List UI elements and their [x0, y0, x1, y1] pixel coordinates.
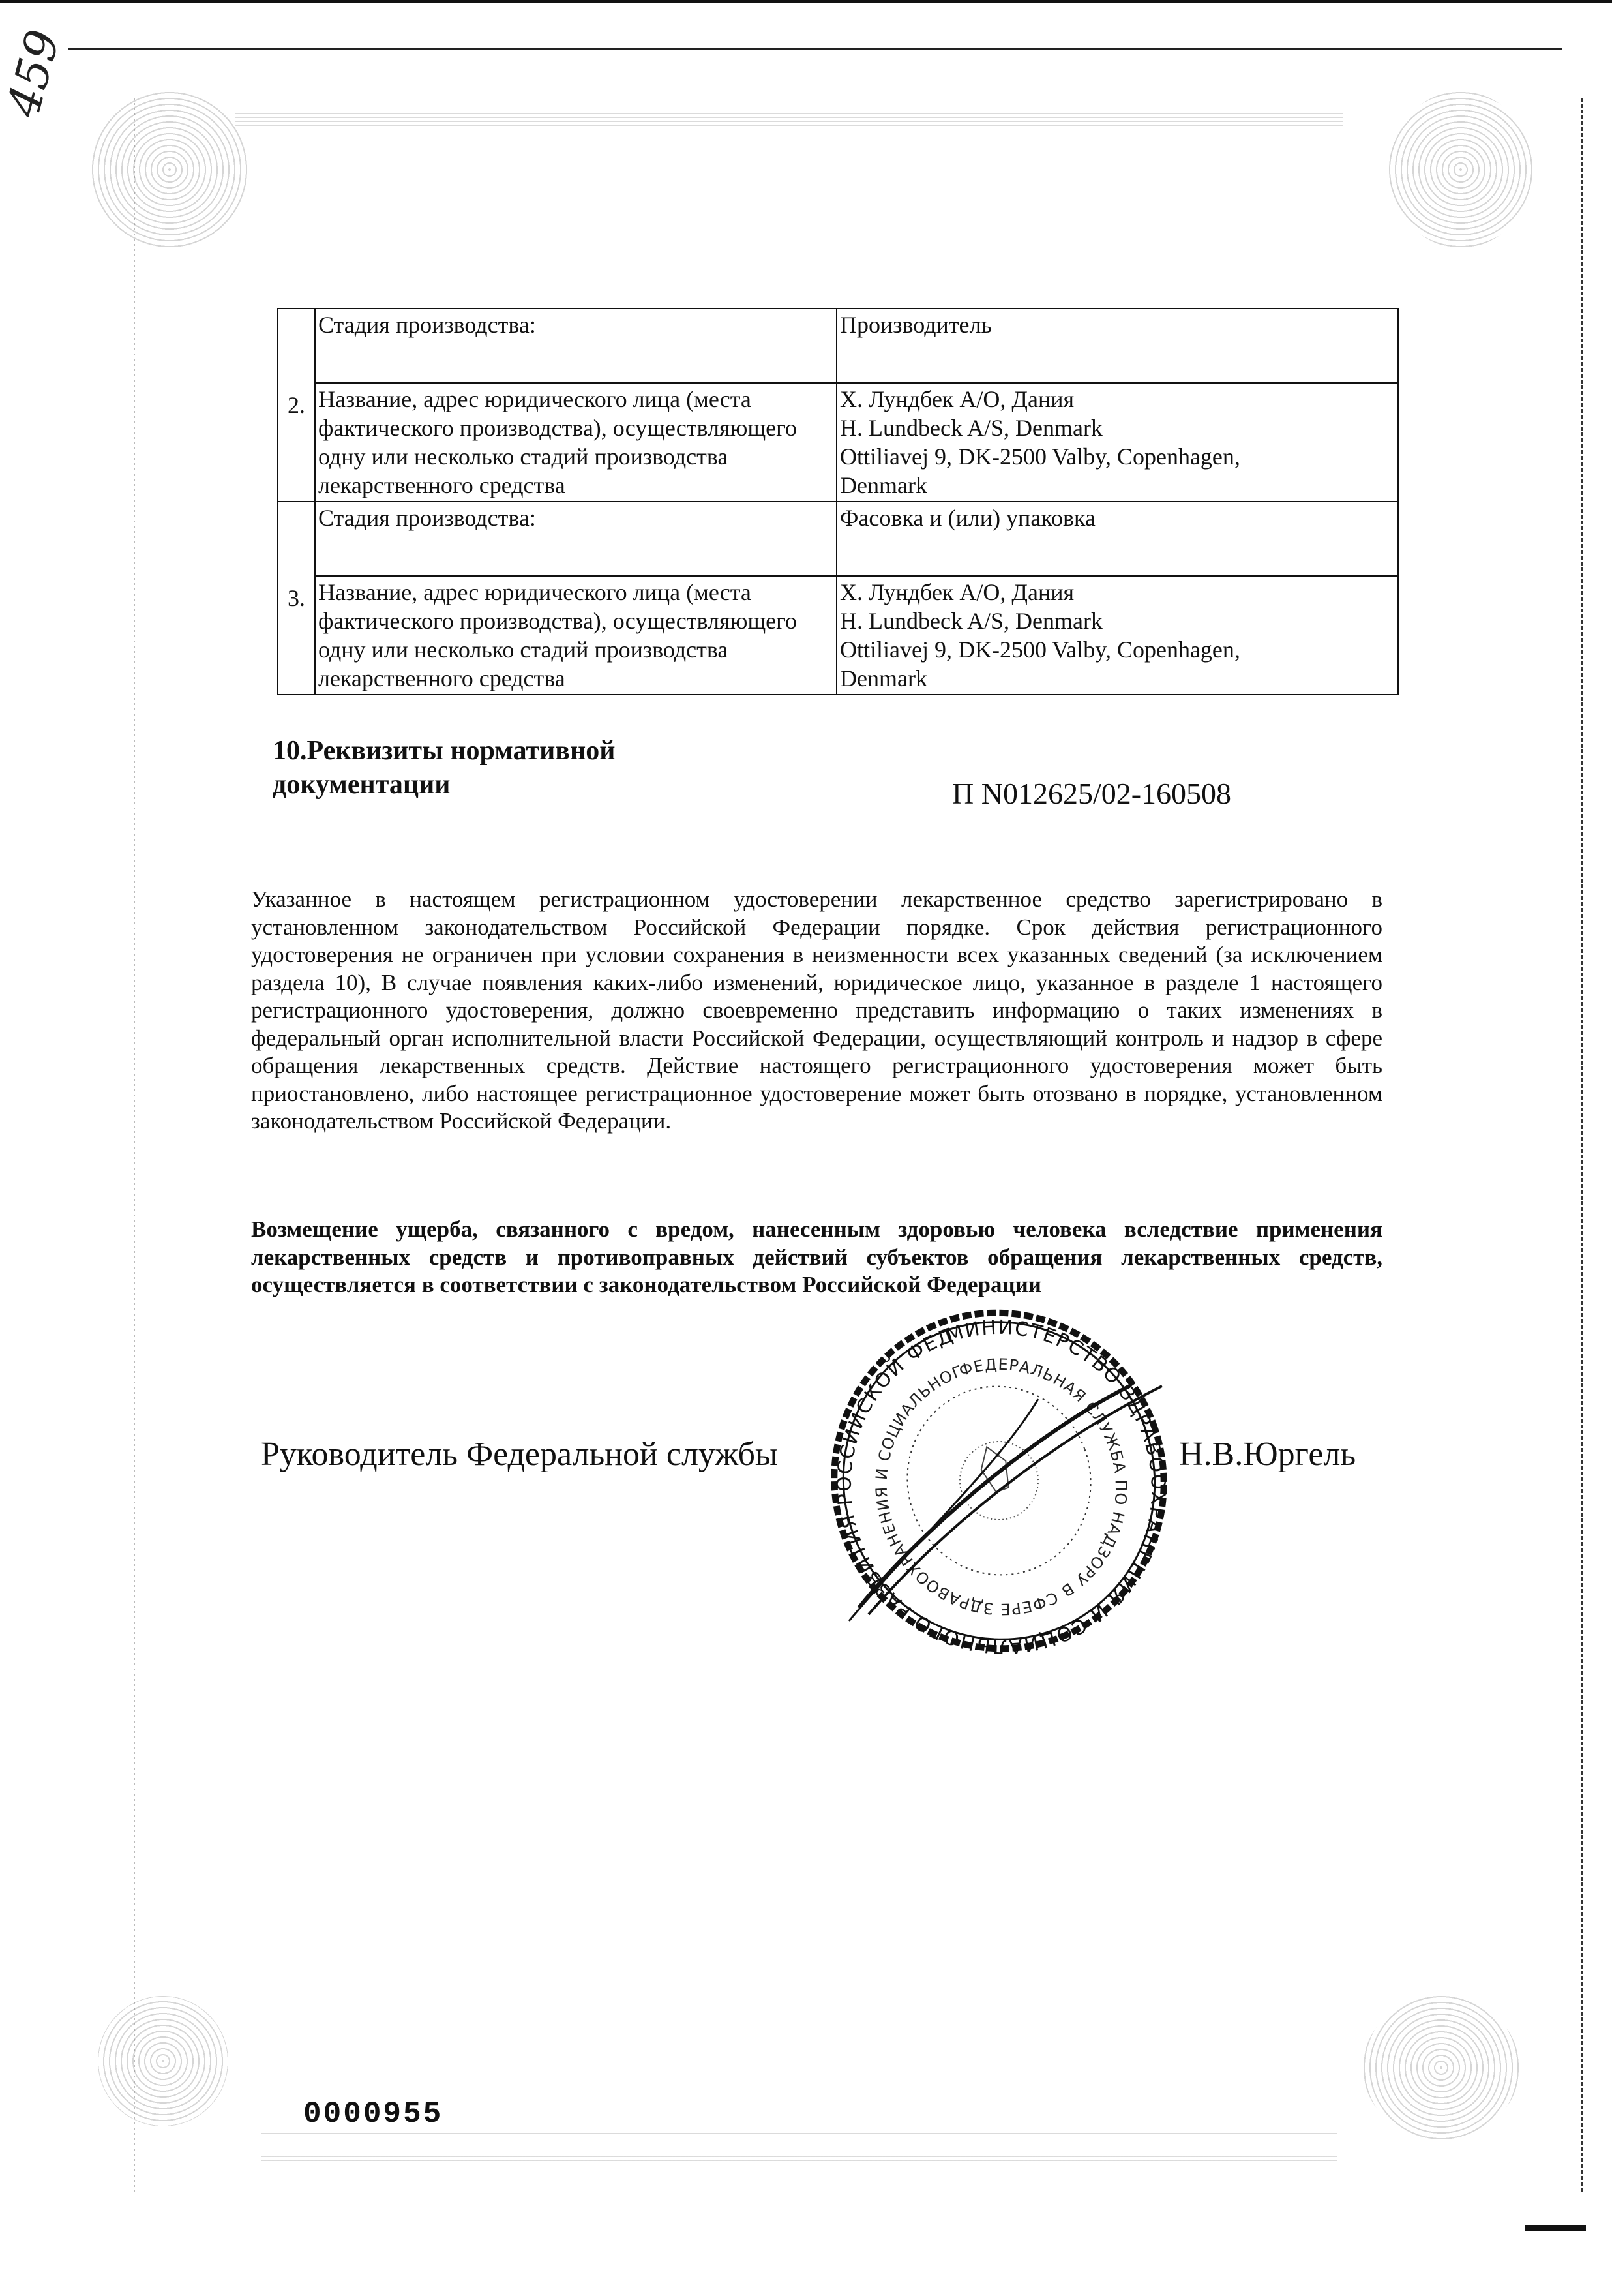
- entity-line: Ottiliavej 9, DK-2500 Valby, Copenhagen,: [840, 635, 1395, 664]
- scan-top-edge: [0, 0, 1612, 3]
- production-stages-table: 2. Стадия производства: Производитель На…: [277, 308, 1399, 695]
- entity-line: Denmark: [840, 471, 1395, 500]
- entity-line: Ottiliavej 9, DK-2500 Valby, Copenhagen,: [840, 442, 1395, 471]
- stage-label: Стадия производства:: [315, 502, 837, 576]
- security-band-bottom: [261, 2133, 1337, 2162]
- entity-line: Denmark: [840, 664, 1395, 693]
- handwritten-page-number: 459: [0, 46, 95, 130]
- guilloche-rosette-bottom-right: [1363, 1996, 1519, 2139]
- signatory-name: Н.В.Юргель: [1179, 1435, 1356, 1473]
- entity-line: Х. Лундбек А/О, Дания: [840, 578, 1395, 607]
- signatory-role: Руководитель Федеральной службы: [261, 1435, 778, 1473]
- official-seal-stamp: МИНИСТЕРСТВО ЗДРАВООХРАНЕНИЯ И СОЦИАЛЬНО…: [823, 1308, 1175, 1654]
- frame-right-border: [1581, 98, 1583, 2192]
- section-title-line: 10.Реквизиты нормативной: [273, 734, 615, 768]
- table-row: 2. Стадия производства: Производитель: [278, 309, 1398, 383]
- entity-label: Название, адрес юридического лица (места…: [315, 576, 837, 695]
- certificate-page: 459 2. Стадия производства: Производител…: [0, 0, 1612, 2296]
- section-10-title: 10.Реквизиты нормативной документации: [273, 734, 615, 802]
- stage-value: Производитель: [837, 309, 1398, 383]
- guilloche-rosette-top-right: [1389, 91, 1532, 248]
- registration-notice-paragraph: Указанное в настоящем регистрационном уд…: [251, 886, 1382, 1136]
- damage-compensation-paragraph: Возмещение ущерба, связанного с вредом, …: [251, 1216, 1382, 1299]
- entity-label: Название, адрес юридического лица (места…: [315, 383, 837, 502]
- table-row: 3. Стадия производства: Фасовка и (или) …: [278, 502, 1398, 576]
- entity-line: H. Lundbeck A/S, Denmark: [840, 607, 1395, 635]
- frame-top-border: [68, 48, 1562, 50]
- section-title-line: документации: [273, 768, 615, 802]
- row-number: 3.: [278, 502, 315, 695]
- guilloche-rosette-bottom-left: [98, 1996, 228, 2126]
- corner-mark: [1525, 2225, 1586, 2231]
- stage-value: Фасовка и (или) упаковка: [837, 502, 1398, 576]
- guilloche-rosette-top-left: [91, 91, 248, 248]
- entity-line: Х. Лундбек А/О, Дания: [840, 385, 1395, 414]
- table-row: Название, адрес юридического лица (места…: [278, 383, 1398, 502]
- security-band-top: [235, 98, 1343, 127]
- normative-document-number: П N012625/02-160508: [952, 776, 1231, 811]
- row-number: 2.: [278, 309, 315, 502]
- form-serial-number: 0000955: [303, 2097, 443, 2131]
- table-row: Название, адрес юридического лица (места…: [278, 576, 1398, 695]
- stage-label: Стадия производства:: [315, 309, 837, 383]
- entity-line: H. Lundbeck A/S, Denmark: [840, 414, 1395, 442]
- entity-value: Х. Лундбек А/О, Дания H. Lundbeck A/S, D…: [837, 383, 1398, 502]
- entity-value: Х. Лундбек А/О, Дания H. Lundbeck A/S, D…: [837, 576, 1398, 695]
- frame-left-border: [134, 98, 135, 2192]
